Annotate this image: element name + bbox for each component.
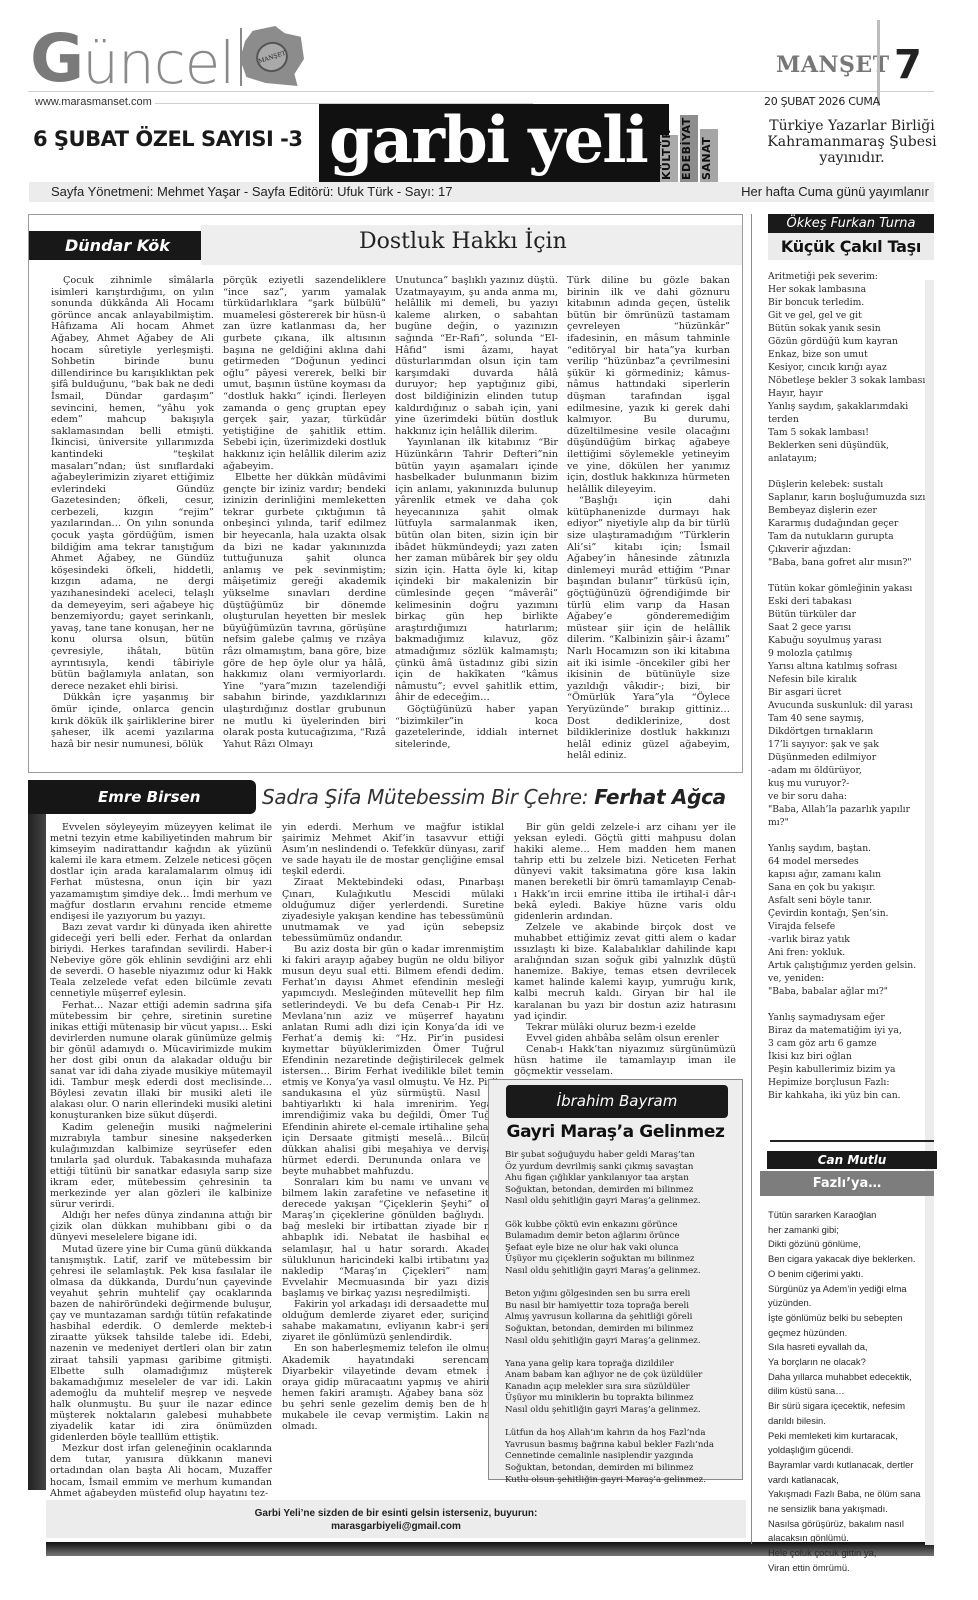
section-title: Güncel — [30, 22, 242, 92]
publication-frequency: Her hafta Cuma günü yayımlanır — [741, 184, 929, 199]
article-frame-bar — [28, 790, 46, 1490]
paragraph: Bazı zevat vardır ki dünyada iken ahiret… — [50, 922, 272, 1000]
paragraph: Cenab-ı Hakk’tan niyazımız sürgünümüzü h… — [514, 1044, 736, 1077]
header-divider — [28, 91, 934, 92]
tag-sanat: SANAT — [700, 129, 718, 182]
article-body: Çocuk zihnimle sîmâlarla isimleri karışt… — [51, 275, 731, 762]
article-title-bold: Ferhat Ağca — [594, 785, 726, 809]
supplement-masthead: garbi yeli — [319, 104, 669, 182]
special-issue-label: 6 ŞUBAT ÖZEL SAYISI -3 — [33, 127, 302, 151]
poem-title: Fazlı’ya… — [760, 1171, 934, 1196]
paragraph: Evvelen söyleyeyim müzeyyen kelimat ile … — [50, 822, 272, 922]
issue-date: 20 ŞUBAT 2026 CUMA — [764, 95, 880, 108]
verse-line: Tekrar mülâki oluruz bezm-i ezelde — [514, 1022, 736, 1033]
paragraph: Ferhat… Nazar ettiği ademin sadrına şifa… — [50, 1000, 272, 1122]
article-column: Evvelen söyleyeyim müzeyyen kelimat ile … — [50, 822, 272, 1499]
verse-line: Evvel giden ahbâba selâm olsun erenler — [514, 1033, 736, 1044]
article-column: Unutunca” başlıklı yazınız düştü. Uzatma… — [395, 275, 558, 762]
paragraph: Fakirin yol arkadaşı idi dersaadette muk… — [282, 1299, 504, 1343]
paragraph: Kadim geleneğin musiki nağmelerini mızra… — [50, 1122, 272, 1211]
poem-author: Ökkeş Furkan Turna — [768, 214, 934, 233]
paragraph: Mutad üzere yine bir Cuma günü dükkanda … — [50, 1244, 272, 1444]
paragraph: Türk diline bu gözle bakan birinin ilk v… — [567, 275, 730, 495]
website-link[interactable]: www.marasmanset.com — [35, 96, 152, 108]
paragraph: Bu aziz dosta bir gün o kadar imrenmişti… — [282, 944, 504, 1177]
article-title-regular: Sadra Şifa Mütebessim Bir Çehre: — [262, 785, 594, 809]
tag-kultur: KÜLTÜR — [660, 135, 678, 182]
article-column: yin ederdi. Merhum ve mağfur istiklal şa… — [282, 822, 504, 1499]
paragraph: Dükkân içre yaşanmış bir ömür içinde, on… — [51, 692, 214, 750]
article-dostluk-hakki: Dündar Kök Dostluk Hakkı İçin Çocuk zihn… — [28, 214, 743, 773]
article-column: Türk diline bu gözle bakan birinin ilk v… — [567, 275, 730, 762]
poem-separator — [770, 1140, 934, 1142]
supplement-tags: KÜLTÜR EDEBİYAT SANAT — [660, 115, 718, 182]
poem-title: Gayri Maraş’a Gelinmez — [489, 1122, 742, 1142]
submission-text: Garbi Yeli’ne sizden de bir esinti gelsi… — [46, 1507, 746, 1520]
article-title: Sadra Şifa Mütebessim Bir Çehre: Ferhat … — [262, 785, 726, 809]
manset-seal-icon: MANŞET — [252, 38, 292, 76]
page-number-divider — [877, 20, 880, 106]
article-author: Dündar Kök — [29, 231, 201, 260]
article-column: pörçük eziyetli sazendeliklere “ince saz… — [223, 275, 386, 762]
section-title-initial: G — [30, 26, 82, 92]
article-author: Emre Birsen — [28, 780, 256, 814]
paragraph: Unutunca” başlıklı yazınız düştü. Uzatma… — [395, 275, 558, 437]
poem-author: Can Mutlu — [767, 1151, 937, 1169]
article-column: Çocuk zihnimle sîmâlarla isimleri karışt… — [51, 275, 214, 762]
submission-email-link[interactable]: marasgarbiyeli@gmail.com — [46, 1520, 746, 1533]
poem-title: Küçük Çakıl Taşı — [768, 233, 934, 260]
paragraph: yin ederdi. Merhum ve mağfur istiklal şa… — [282, 822, 504, 877]
poem-text: Aritmetiği pek severim: Her sokak lambas… — [768, 270, 928, 1102]
poem-text: Bir şubat soğuğuydu haber geldi Maraş’ta… — [505, 1150, 737, 1486]
page-number: 7 — [894, 42, 922, 88]
newspaper-name: MANŞET — [776, 52, 890, 78]
section-title-rest: üncel — [82, 34, 234, 92]
publisher-note: Türkiye Yazarlar Birliği Kahramanmaraş Ş… — [748, 118, 956, 166]
poem-text: Tütün sararken Karaoğlan her zamanki gib… — [768, 1208, 933, 1576]
paragraph: Göçtüğünüzü haber yapan “bizimkiler”in k… — [395, 704, 558, 750]
credits-strip: Sayfa Yönetmeni: Mehmet Yaşar - Sayfa Ed… — [29, 182, 934, 202]
paragraph: Çocuk zihnimle sîmâlarla isimleri karışt… — [51, 275, 214, 692]
article-title: Dostluk Hakkı İçin — [359, 229, 567, 254]
page-credits: Sayfa Yönetmeni: Mehmet Yaşar - Sayfa Ed… — [51, 184, 453, 199]
poem-author: İbrahim Bayram — [506, 1085, 728, 1118]
paragraph: Sonraları kim bu namı ve unvanı verdi bi… — [282, 1177, 504, 1299]
paragraph: Yayınlanan ilk kitabınız “Bir Hüzünkârın… — [395, 437, 558, 704]
paragraph: Mezkur dost irfan geleneğinin ocaklarınd… — [50, 1443, 272, 1498]
tag-edebiyat: EDEBİYAT — [680, 115, 698, 182]
paragraph: pörçük eziyetli sazendeliklere “ince saz… — [223, 275, 386, 472]
right-column-border — [751, 214, 752, 1544]
submission-note: Garbi Yeli’ne sizden de bir esinti gelsi… — [46, 1500, 746, 1538]
paragraph: Bir gün geldi zelzele-i arz cihanı yer i… — [514, 822, 736, 922]
paragraph: En son haberleşmemiz telefon ile olmuştu… — [282, 1343, 504, 1432]
paragraph: Ziraat Mektebindeki odası, Pınarbaşı Çın… — [282, 877, 504, 944]
paragraph: “Başlığı için dahi kütüphanenizde durmay… — [567, 495, 730, 762]
paragraph: Zelzele ve akabinde birçok dost ve muhab… — [514, 922, 736, 1022]
paragraph: Elbette her dükkân müdâvimi gençte bir i… — [223, 472, 386, 750]
poem-gayri-marasa-gelinmez: İbrahim Bayram Gayri Maraş’a Gelinmez Bi… — [488, 1079, 743, 1480]
kahramanmaras-map-logo-icon: MANŞET — [240, 26, 304, 86]
paragraph: Aldığı her nefes dünya zindanına attığı … — [50, 1210, 272, 1243]
